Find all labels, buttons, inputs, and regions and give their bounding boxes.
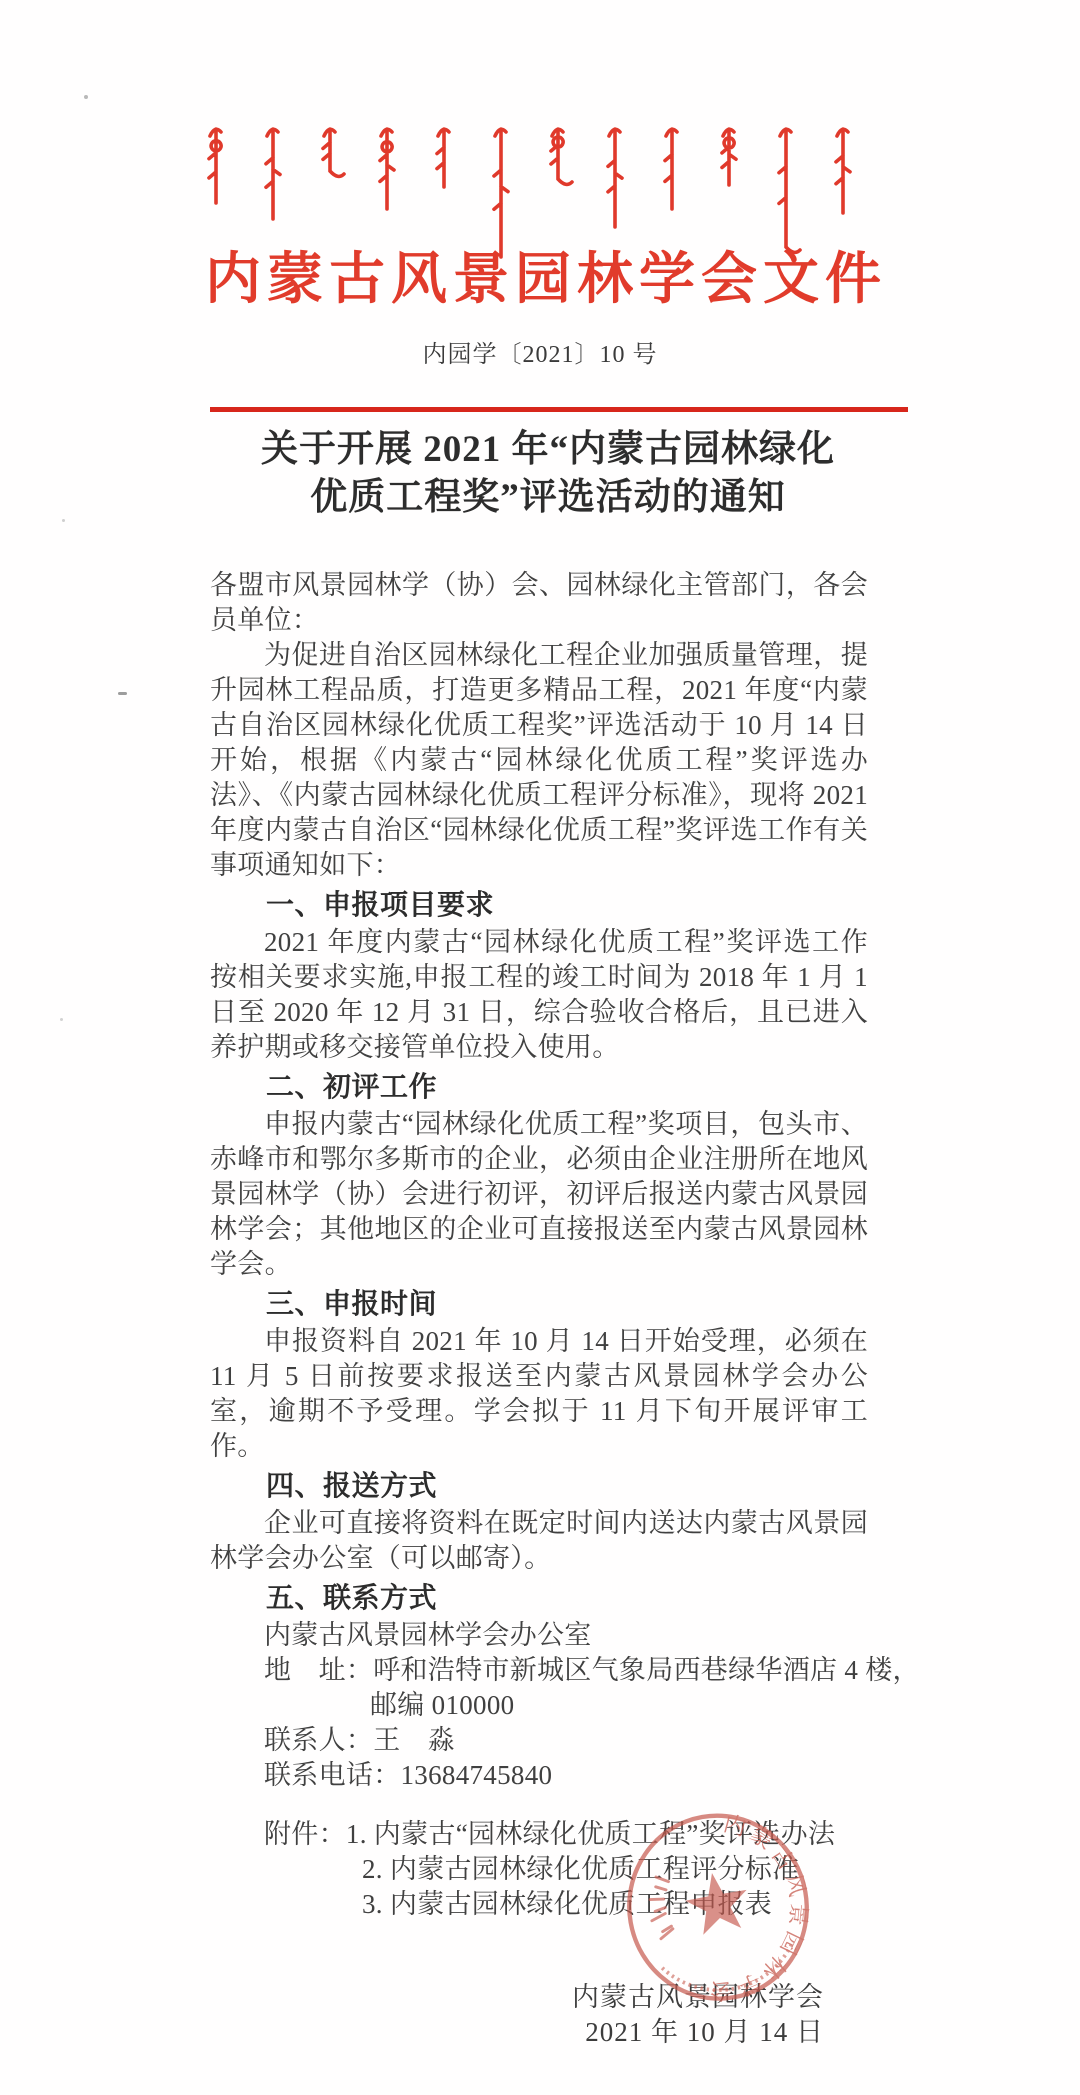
notice-title-line2: 优质工程奖”评选活动的通知 bbox=[310, 477, 786, 518]
notice-title-line1: 关于开展 2021 年“内蒙古园林绿化 bbox=[261, 429, 835, 470]
intro-paragraph: 为促进自治区园林绿化工程企业加强质量管理，提升园林工程品质，打造更多精品工程，2… bbox=[210, 638, 868, 883]
attachment-item-2: 2. 内蒙古园林绿化优质工程评分标准 bbox=[210, 1852, 868, 1887]
section-1-heading: 一、申报项目要求 bbox=[210, 887, 868, 923]
section-1-paragraph: 2021 年度内蒙古“园林绿化优质工程”奖评选工作按相关要求实施,申报工程的竣工… bbox=[210, 925, 868, 1065]
section-2-paragraph: 申报内蒙古“园林绿化优质工程”奖项目，包头市、赤峰市和鄂尔多斯市的企业，必须由企… bbox=[210, 1107, 868, 1282]
salutation: 各盟市风景园林学（协）会、园林绿化主管部门，各会员单位： bbox=[210, 568, 868, 638]
section-3-paragraph: 申报资料自 2021 年 10 月 14 日开始受理，必须在 11 月 5 日前… bbox=[210, 1324, 868, 1464]
section-5-heading: 五、联系方式 bbox=[210, 1580, 868, 1616]
contact-phone: 联系电话：13684745840 bbox=[210, 1758, 868, 1793]
contact-postcode: 邮编 010000 bbox=[210, 1688, 868, 1723]
document-page: 内蒙古风景园林学会文件 内园学〔2021〕10 号 关于开展 2021 年“内蒙… bbox=[0, 0, 1080, 2095]
attachments-list: 附件：1. 内蒙古“园林绿化优质工程”奖评选办法 2. 内蒙古园林绿化优质工程评… bbox=[210, 1817, 868, 1922]
contact-person: 联系人：王 淼 bbox=[210, 1723, 868, 1758]
notice-title: 关于开展 2021 年“内蒙古园林绿化 优质工程奖”评选活动的通知 bbox=[160, 426, 936, 522]
scan-artifact bbox=[62, 519, 65, 522]
section-3-heading: 三、申报时间 bbox=[210, 1286, 868, 1322]
signature-org: 内蒙古风景园林学会 bbox=[210, 1980, 824, 2015]
letterhead-org-title: 内蒙古风景园林学会文件 bbox=[205, 235, 877, 315]
attachment-item-1: 附件：1. 内蒙古“园林绿化优质工程”奖评选办法 bbox=[210, 1817, 868, 1852]
document-body: 各盟市风景园林学（协）会、园林绿化主管部门，各会员单位： 为促进自治区园林绿化工… bbox=[210, 568, 868, 2050]
scan-artifact bbox=[84, 95, 88, 99]
attachments-label: 附件： bbox=[264, 1819, 346, 1849]
section-2-heading: 二、初评工作 bbox=[210, 1069, 868, 1105]
section-4-paragraph: 企业可直接将资料在既定时间内送达内蒙古风景园林学会办公室（可以邮寄）。 bbox=[210, 1506, 868, 1576]
doc-number: 内园学〔2021〕10 号 bbox=[210, 334, 870, 369]
signature-date: 2021 年 10 月 14 日 bbox=[210, 2015, 824, 2050]
red-divider-line bbox=[210, 407, 908, 412]
scan-artifact bbox=[118, 692, 127, 695]
signature-block: 内蒙古风景园林学会 2021 年 10 月 14 日 bbox=[210, 1980, 868, 2050]
contact-address: 地 址：呼和浩特市新城区气象局西巷绿华酒店 4 楼， bbox=[210, 1653, 868, 1688]
contact-office: 内蒙古风景园林学会办公室 bbox=[210, 1618, 868, 1653]
section-4-heading: 四、报送方式 bbox=[210, 1468, 868, 1504]
attachment-item-3: 3. 内蒙古园林绿化优质工程申报表 bbox=[210, 1887, 868, 1922]
scan-artifact bbox=[60, 1018, 63, 1021]
